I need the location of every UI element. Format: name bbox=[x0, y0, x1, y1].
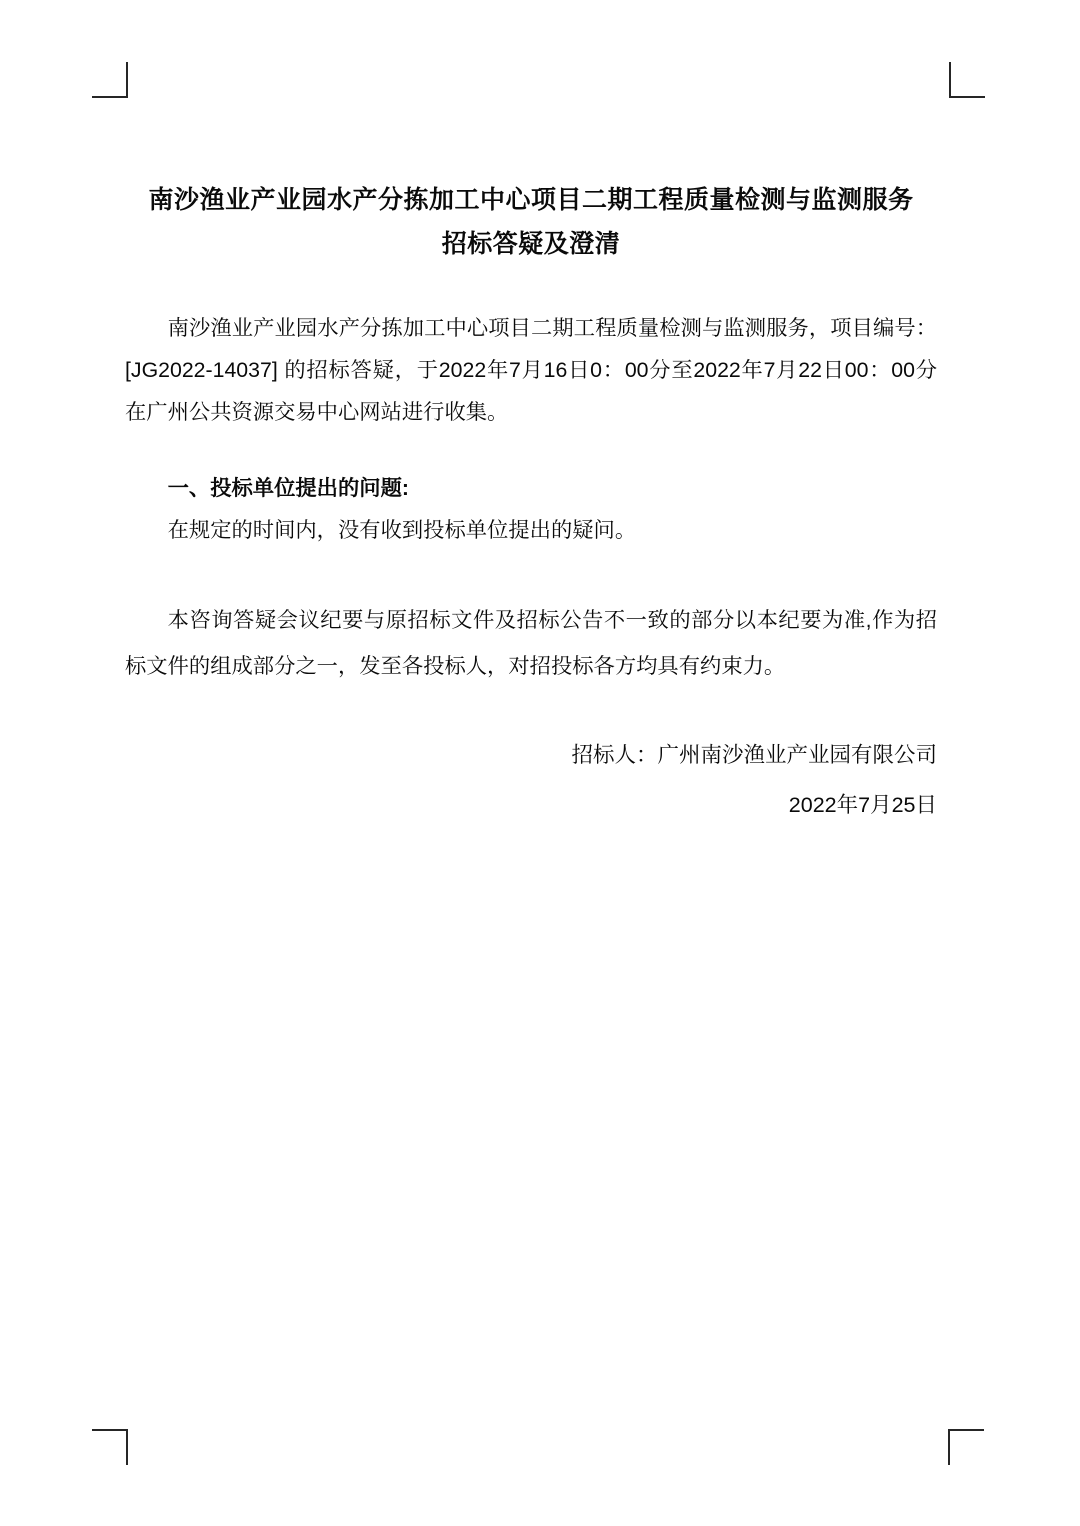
crop-mark-top-right-icon bbox=[949, 62, 985, 98]
title-line-1: 南沙渔业产业园水产分拣加工中心项目二期工程质量检测与监测服务 bbox=[125, 178, 937, 222]
crop-mark-bottom-left-icon bbox=[92, 1429, 128, 1465]
signature-date: 2022年7月25日 bbox=[125, 780, 937, 830]
section-1-body: 在规定的时间内，没有收到投标单位提出的疑问。 bbox=[125, 509, 937, 551]
title-line-2: 招标答疑及澄清 bbox=[125, 222, 937, 266]
section-1-heading: 一、投标单位提出的问题: bbox=[125, 467, 937, 509]
signature-block: 招标人：广州南沙渔业产业园有限公司 2022年7月25日 bbox=[125, 730, 937, 830]
intro-paragraph: 南沙渔业产业园水产分拣加工中心项目二期工程质量检测与监测服务，项目编号：[JG2… bbox=[125, 307, 937, 433]
document-content: 南沙渔业产业园水产分拣加工中心项目二期工程质量检测与监测服务 招标答疑及澄清 南… bbox=[125, 0, 937, 830]
document-page: 南沙渔业产业园水产分拣加工中心项目二期工程质量检测与监测服务 招标答疑及澄清 南… bbox=[0, 0, 1080, 1526]
crop-mark-top-left-icon bbox=[92, 62, 128, 98]
page-title: 南沙渔业产业园水产分拣加工中心项目二期工程质量检测与监测服务 招标答疑及澄清 bbox=[125, 178, 937, 266]
signature-issuer: 招标人：广州南沙渔业产业园有限公司 bbox=[125, 730, 937, 780]
closing-paragraph: 本咨询答疑会议纪要与原招标文件及招标公告不一致的部分以本纪要为准,作为招标文件的… bbox=[125, 597, 937, 689]
crop-mark-bottom-right-icon bbox=[948, 1429, 984, 1465]
